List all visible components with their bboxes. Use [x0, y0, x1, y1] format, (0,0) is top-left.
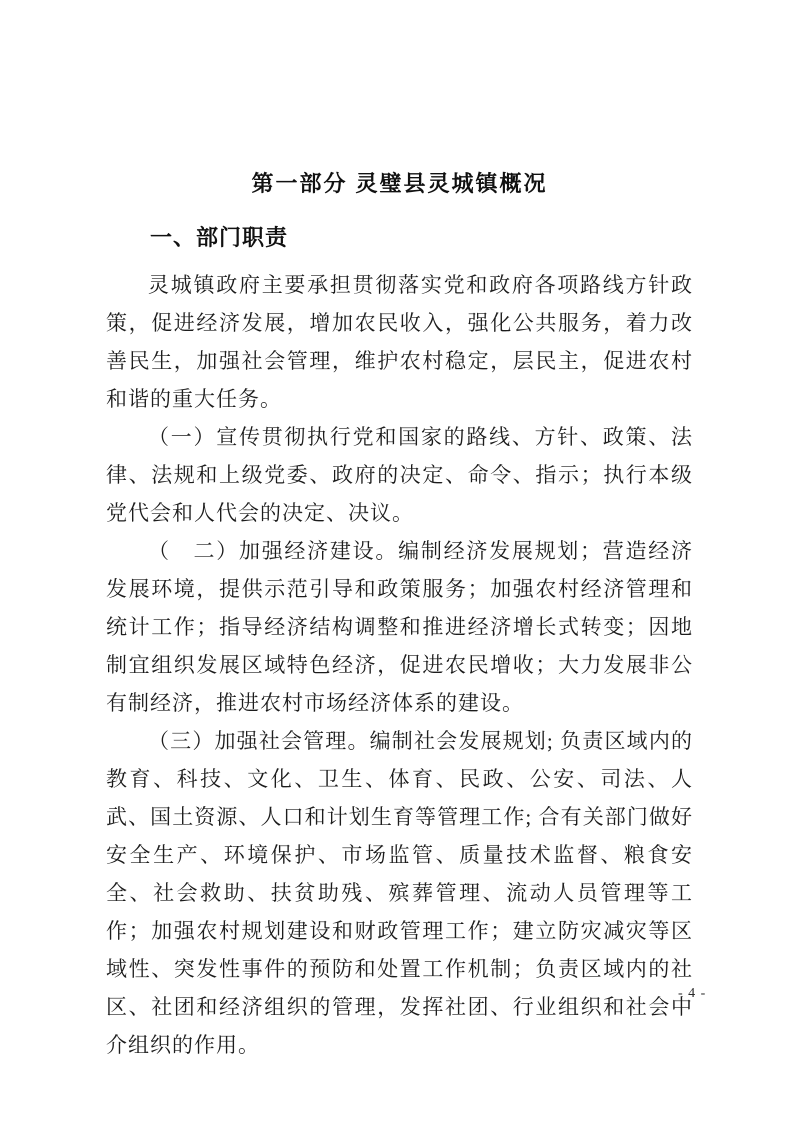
paragraph-duty-3: （三）加强社会管理。编制社会发展规划; 负责区域内的教育、科技、文化、卫生、体育…	[106, 722, 693, 1064]
paragraph-duty-2: （ 二）加强经济建设。编制经济发展规划；营造经济发展环境，提供示范引导和政策服务…	[106, 532, 693, 722]
page-number: - 4 -	[678, 986, 706, 1002]
body-text: 灵城镇政府主要承担贯彻落实党和政府各项路线方针政策，促进经济发展，增加农民收入，…	[106, 251, 693, 1064]
paragraph-duty-1: （一）宣传贯彻执行党和国家的路线、方针、政策、法律、法规和上级党委、政府的决定、…	[106, 418, 693, 532]
document-content: 第一部分 灵璧县灵城镇概况 一、部门职责 灵城镇政府主要承担贯彻落实党和政府各项…	[106, 0, 693, 1064]
page-title: 第一部分 灵璧县灵城镇概况	[106, 0, 693, 200]
document-page: 第一部分 灵璧县灵城镇概况 一、部门职责 灵城镇政府主要承担贯彻落实党和政府各项…	[0, 0, 793, 1122]
paragraph-intro: 灵城镇政府主要承担贯彻落实党和政府各项路线方针政策，促进经济发展，增加农民收入，…	[106, 251, 693, 418]
section-heading: 一、部门职责	[106, 200, 693, 251]
